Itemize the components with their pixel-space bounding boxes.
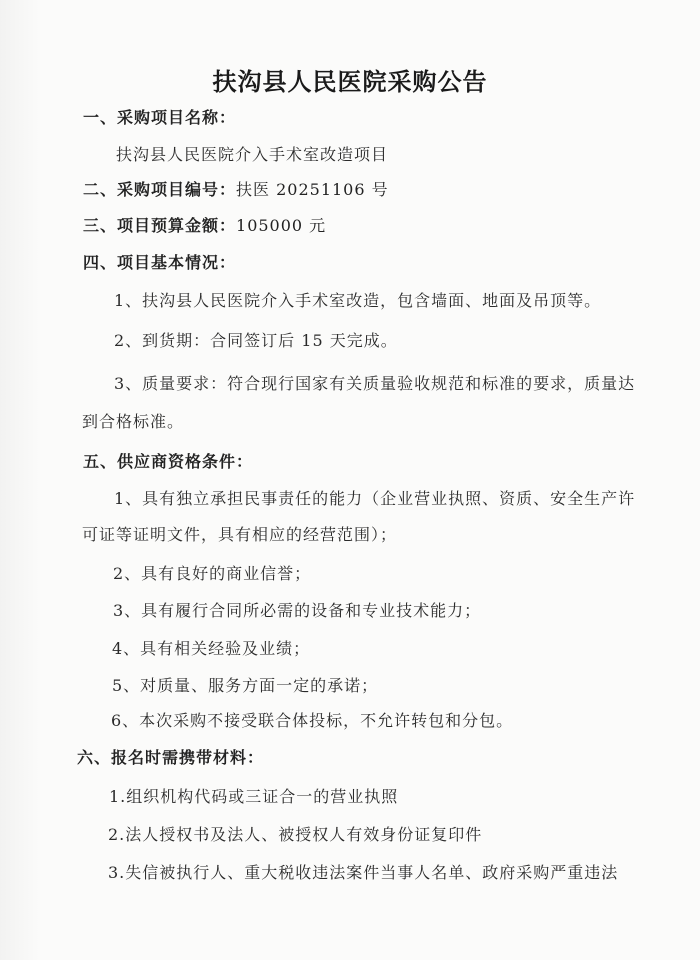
section-heading-basic-info: 四、项目基本情况： [83,253,236,273]
section-heading-project-name: 一、采购项目名称： [83,108,236,128]
material-item: 2.法人授权书及法人、被授权人有效身份证复印件 [108,825,482,845]
qualification-item: 1、具有独立承担民事责任的能力（企业营业执照、资质、安全生产许 [114,489,635,509]
qualification-item-continued: 可证等证明文件，具有相应的经营范围）； [82,525,397,545]
section-heading-required-materials: 六、报名时需携带材料： [77,748,264,768]
qualification-item: 5、对质量、服务方面一定的承诺； [112,676,378,696]
project-number-value: 扶医 20251106 号 [236,180,389,199]
section-heading-budget: 三、项目预算金额：105000 元 [83,216,326,236]
qualification-item: 2、具有良好的商业信誉； [113,564,311,584]
basic-info-item-continued: 到合格标准。 [82,412,184,432]
qualification-item: 3、具有履行合同所必需的设备和专业技术能力； [113,601,481,621]
section-heading-supplier-qualifications: 五、供应商资格条件： [83,452,253,472]
budget-value: 105000 元 [236,216,326,235]
scan-shadow [0,0,40,960]
basic-info-item: 1、扶沟县人民医院介入手术室改造，包含墙面、地面及吊顶等。 [114,291,601,311]
material-item: 3.失信被执行人、重大税收违法案件当事人名单、政府采购严重违法 [108,863,618,883]
document-page: 扶沟县人民医院采购公告 一、采购项目名称： 扶沟县人民医院介入手术室改造项目 二… [0,0,700,960]
document-title: 扶沟县人民医院采购公告 [0,62,700,97]
section-heading-project-number: 二、采购项目编号：扶医 20251106 号 [83,180,389,200]
basic-info-item: 3、质量要求：符合现行国家有关质量验收规范和标准的要求，质量达 [114,374,635,394]
qualification-item: 6、本次采购不接受联合体投标，不允许转包和分包。 [111,711,513,731]
material-item: 1.组织机构代码或三证合一的营业执照 [109,787,398,807]
basic-info-item: 2、到货期：合同签订后 15 天完成。 [114,331,398,351]
project-name-text: 扶沟县人民医院介入手术室改造项目 [116,145,388,165]
qualification-item: 4、具有相关经验及业绩； [112,639,310,659]
